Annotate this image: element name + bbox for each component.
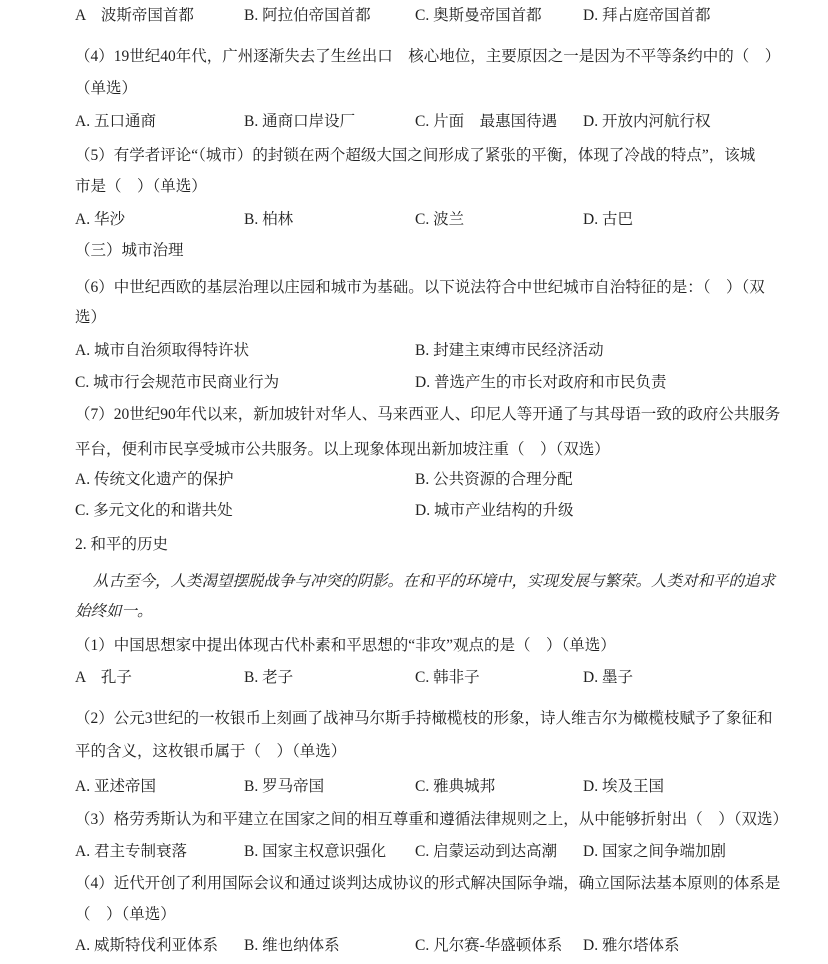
document-page: A 波斯帝国首都 B. 阿拉伯帝国首都 C. 奥斯曼帝国首都 D. 拜占庭帝国首… [0,0,828,964]
question-text: （4）19世纪40年代，广州逐渐失去了生丝出口 核心地位，主要原因之一是因为不平… [75,46,780,68]
question-text: （1）中国思想家中提出体现古代朴素和平思想的“非攻”观点的是（ ）（单选） [75,635,616,657]
question-text: （4）近代开创了利用国际会议和通过谈判达成协议的形式解决国际争端，确立国际法基本… [75,873,780,895]
question-text: （ ）（单选） [75,904,176,926]
option-a: A. 城市自治须取得特许状 [75,340,249,362]
question-line-continued: 市是（ ）（单选） [0,176,828,200]
question-line: （4）19世纪40年代，广州逐渐失去了生丝出口 核心地位，主要原因之一是因为不平… [0,46,828,70]
intro-paragraph-text: 从古至今，人类渴望摆脱战争与冲突的阴影。在和平的环境中，实现发展与繁荣。人类对和… [93,571,775,593]
question-text: （7）20世纪90年代以来，新加坡针对华人、马来西亚人、印尼人等开通了与其母语一… [75,404,780,426]
option-b: B. 通商口岸设厂 [244,111,355,133]
option-a: A 波斯帝国首都 [75,5,194,27]
option-c: C. 城市行会规范市民商业行为 [75,372,279,394]
option-a: A. 传统文化遗产的保护 [75,469,233,491]
option-c: C. 奥斯曼帝国首都 [415,5,542,27]
option-a: A 孔子 [75,667,132,689]
question-line: （3）格劳秀斯认为和平建立在国家之间的相互尊重和遵循法律规则之上，从中能够折射出… [0,809,828,833]
section-heading: （三）城市治理 [0,240,828,264]
option-b: B. 阿拉伯帝国首都 [244,5,371,27]
question-text: （6）中世纪西欧的基层治理以庄园和城市为基础。以下说法符合中世纪城市自治特征的是… [75,277,765,299]
section-heading: 2. 和平的历史 [0,534,828,558]
option-c: C. 雅典城邦 [415,776,495,798]
question-line: （4）近代开创了利用国际会议和通过谈判达成协议的形式解决国际争端，确立国际法基本… [0,873,828,897]
question-line-continued: （单选） [0,78,828,102]
option-c: C. 片面 最惠国待遇 [415,111,557,133]
option-a: A. 华沙 [75,209,125,231]
option-d: D. 古巴 [583,209,633,231]
option-d: D. 墨子 [583,667,633,689]
question-line-continued: 选） [0,307,828,331]
options-row: A. 君主专制衰落 B. 国家主权意识强化 C. 启蒙运动到达高潮 D. 国家之… [0,841,828,865]
option-a: A. 亚述帝国 [75,776,156,798]
options-row: C. 城市行会规范市民商业行为 D. 普选产生的市长对政府和市民负责 [0,372,828,396]
option-a: A. 五口通商 [75,111,156,133]
option-c: C. 波兰 [415,209,464,231]
options-row: A. 城市自治须取得特许状 B. 封建主束缚市民经济活动 [0,340,828,364]
option-d: D. 普选产生的市长对政府和市民负责 [415,372,666,394]
question-text: 平的含义，这枚银币属于（ ）（单选） [75,741,346,763]
intro-paragraph-line: 从古至今，人类渴望摆脱战争与冲突的阴影。在和平的环境中，实现发展与繁荣。人类对和… [0,571,828,595]
question-text: （5）有学者评论“（城市）的封锁在两个超级大国之间形成了紧张的平衡，体现了冷战的… [75,145,755,167]
question-text: （2）公元3世纪的一枚银币上刻画了战神马尔斯手持橄榄枝的形象，诗人维吉尔为橄榄枝… [75,708,773,730]
question-text: （单选） [75,78,137,100]
options-row: A. 传统文化遗产的保护 B. 公共资源的合理分配 [0,469,828,493]
option-d: D. 开放内河航行权 [583,111,710,133]
option-d: D. 雅尔塔体系 [583,935,679,957]
question-line-continued: 平的含义，这枚银币属于（ ）（单选） [0,741,828,765]
question-line: （2）公元3世纪的一枚银币上刻画了战神马尔斯手持橄榄枝的形象，诗人维吉尔为橄榄枝… [0,708,828,732]
option-b: B. 柏林 [244,209,293,231]
question-line: （5）有学者评论“（城市）的封锁在两个超级大国之间形成了紧张的平衡，体现了冷战的… [0,145,828,169]
option-c: C. 凡尔赛-华盛顿体系 [415,935,562,957]
question-line-continued: （ ）（单选） [0,904,828,928]
question-line: （7）20世纪90年代以来，新加坡针对华人、马来西亚人、印尼人等开通了与其母语一… [0,404,828,428]
question-text: （3）格劳秀斯认为和平建立在国家之间的相互尊重和遵循法律规则之上，从中能够折射出… [75,809,788,831]
option-b: B. 封建主束缚市民经济活动 [415,340,604,362]
option-c: C. 多元文化的和谐共处 [75,500,233,522]
option-c: C. 启蒙运动到达高潮 [415,841,557,863]
option-b: B. 老子 [244,667,293,689]
question-text: 市是（ ）（单选） [75,176,207,198]
question-line: （6）中世纪西欧的基层治理以庄园和城市为基础。以下说法符合中世纪城市自治特征的是… [0,277,828,301]
option-c: C. 韩非子 [415,667,480,689]
option-b: B. 罗马帝国 [244,776,324,798]
options-row: C. 多元文化的和谐共处 D. 城市产业结构的升级 [0,500,828,524]
options-row: A 波斯帝国首都 B. 阿拉伯帝国首都 C. 奥斯曼帝国首都 D. 拜占庭帝国首… [0,5,828,29]
option-a: A. 君主专制衰落 [75,841,187,863]
options-row: A. 威斯特伐利亚体系 B. 维也纳体系 C. 凡尔赛-华盛顿体系 D. 雅尔塔… [0,935,828,959]
option-d: D. 国家之间争端加剧 [583,841,726,863]
question-text: 平台，便利市民享受城市公共服务。以上现象体现出新加坡注重（ ）（双选） [75,439,610,461]
option-b: B. 维也纳体系 [244,935,340,957]
question-line-continued: 平台，便利市民享受城市公共服务。以上现象体现出新加坡注重（ ）（双选） [0,439,828,463]
option-b: B. 国家主权意识强化 [244,841,386,863]
option-d: D. 埃及王国 [583,776,664,798]
options-row: A. 五口通商 B. 通商口岸设厂 C. 片面 最惠国待遇 D. 开放内河航行权 [0,111,828,135]
intro-paragraph-text: 始终如一。 [75,601,153,623]
question-text: 选） [75,307,106,329]
question-line: （1）中国思想家中提出体现古代朴素和平思想的“非攻”观点的是（ ）（单选） [0,635,828,659]
options-row: A. 华沙 B. 柏林 C. 波兰 D. 古巴 [0,209,828,233]
options-row: A 孔子 B. 老子 C. 韩非子 D. 墨子 [0,667,828,691]
section-heading-text: 2. 和平的历史 [75,534,168,556]
option-d: D. 拜占庭帝国首都 [583,5,710,27]
option-b: B. 公共资源的合理分配 [415,469,573,491]
options-row: A. 亚述帝国 B. 罗马帝国 C. 雅典城邦 D. 埃及王国 [0,776,828,800]
section-heading-text: （三）城市治理 [75,240,184,262]
option-d: D. 城市产业结构的升级 [415,500,573,522]
intro-paragraph-line: 始终如一。 [0,601,828,625]
option-a: A. 威斯特伐利亚体系 [75,935,218,957]
